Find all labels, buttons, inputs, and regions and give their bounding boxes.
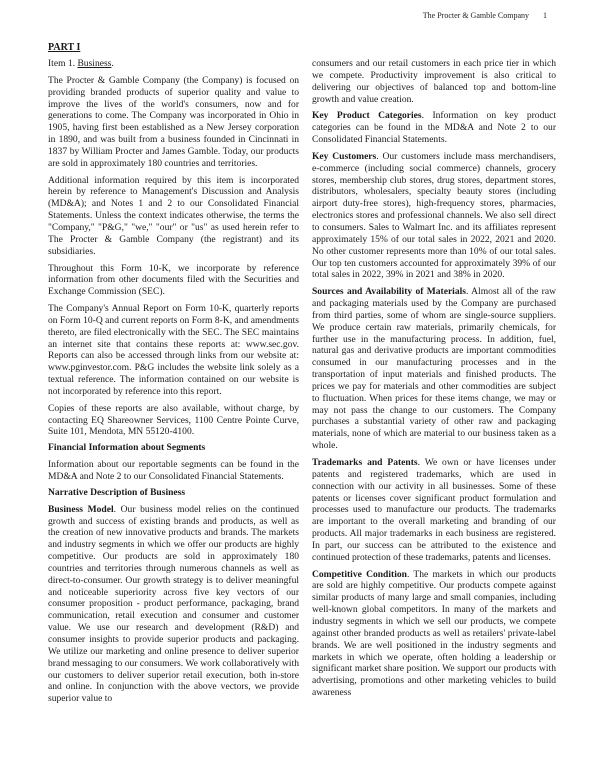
- competitive-condition-paragraph: Competitive Condition. The markets in wh…: [312, 569, 556, 699]
- key-product-categories-paragraph: Key Product Categories. Information on k…: [312, 110, 556, 146]
- page-number: 1: [543, 10, 547, 22]
- materials-lead: Sources and Availability of Materials: [312, 286, 466, 297]
- business-model-paragraph: Business Model. Our business model relie…: [48, 504, 299, 705]
- intro-paragraph-5: Copies of these reports are also availab…: [48, 403, 299, 439]
- intro-paragraph-4: The Company's Annual Report on Form 10-K…: [48, 303, 299, 398]
- item-number: Item 1.: [48, 58, 75, 69]
- competitive-condition-text: . The markets in which our products are …: [312, 569, 556, 698]
- key-product-categories-lead: Key Product Categories: [312, 110, 422, 121]
- header-company-name: The Procter & Gamble Company: [423, 10, 529, 22]
- business-model-lead: Business Model: [48, 504, 114, 515]
- intro-paragraph-1: The Procter & Gamble Company (the Compan…: [48, 75, 299, 170]
- competitive-condition-lead: Competitive Condition: [312, 569, 407, 580]
- part-title: PART I: [48, 42, 80, 54]
- materials-text: . Almost all of the raw and packaging ma…: [312, 286, 556, 451]
- key-customers-lead: Key Customers: [312, 151, 376, 162]
- segments-paragraph: Information about our reportable segment…: [48, 459, 299, 483]
- item-title-suffix: .: [111, 58, 113, 69]
- intro-paragraph-3: Throughout this Form 10-K, we incorporat…: [48, 263, 299, 299]
- intro-paragraph-2: Additional information required by this …: [48, 175, 299, 258]
- business-model-text: . Our business model relies on the conti…: [48, 504, 299, 705]
- item-title: Business: [77, 58, 111, 69]
- running-header: The Procter & Gamble Company 1: [423, 10, 547, 22]
- left-column: Item 1. Business. The Procter & Gamble C…: [48, 58, 299, 710]
- trademarks-lead: Trademarks and Patents: [312, 457, 418, 468]
- key-customers-paragraph: Key Customers. Our customers include mas…: [312, 151, 556, 281]
- trademarks-text: . We own or have licenses under patents …: [312, 457, 556, 563]
- narrative-heading: Narrative Description of Business: [48, 487, 299, 499]
- trademarks-paragraph: Trademarks and Patents. We own or have l…: [312, 457, 556, 564]
- key-customers-text: . Our customers include mass merchandise…: [312, 151, 556, 280]
- continuation-paragraph: consumers and our retail customers in ea…: [312, 58, 556, 105]
- item-heading: Item 1. Business.: [48, 58, 299, 70]
- segments-heading: Financial Information about Segments: [48, 442, 299, 454]
- right-column: consumers and our retail customers in ea…: [312, 58, 556, 704]
- materials-paragraph: Sources and Availability of Materials. A…: [312, 286, 556, 452]
